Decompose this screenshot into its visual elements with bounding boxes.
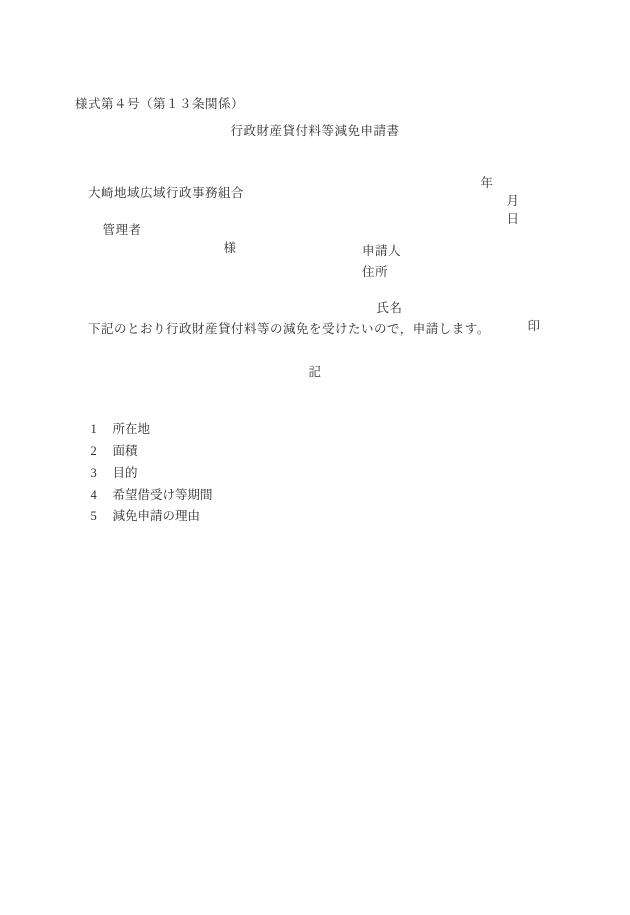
year-label: 年 xyxy=(481,173,494,191)
document-title: 行政財産貸付料等減免申請書 xyxy=(0,121,630,139)
day-label: 日 xyxy=(507,209,520,227)
applicant-label: 申請人 xyxy=(362,241,401,259)
form-number: 様式第４号（第１３条関係） xyxy=(75,94,244,112)
item-number: 5 xyxy=(91,509,113,524)
body-paragraph: 下記のとおり行政財産貸付料等の減免を受けたいので，申請します。 xyxy=(88,319,490,337)
address-label: 住所 xyxy=(362,262,388,280)
month-label: 月 xyxy=(507,191,520,209)
seal-mark: 印 xyxy=(528,319,541,333)
list-header: 記 xyxy=(0,362,630,380)
list-item: 5減免申請の理由 xyxy=(78,491,200,539)
addressee-organization: 大崎地域広域行政事務組合 xyxy=(88,183,244,201)
item-label: 減免申請の理由 xyxy=(113,509,201,523)
addressee-honorific: 様 xyxy=(224,241,237,255)
document-page: 様式第４号（第１３条関係） 行政財産貸付料等減免申請書 年 月 日 大崎地域広域… xyxy=(0,0,630,915)
name-label: 氏名 xyxy=(377,301,403,315)
addressee-role: 管理者 xyxy=(103,223,142,237)
date-line: 年 月 日 xyxy=(466,158,520,242)
name-seal-line: 氏名 印 xyxy=(362,283,541,349)
addressee-line: 管理者 様 xyxy=(88,205,237,271)
